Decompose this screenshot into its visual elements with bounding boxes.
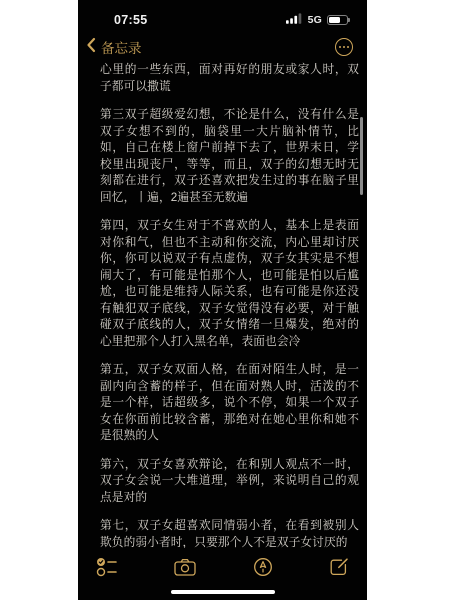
back-label: 备忘录 [101,37,142,57]
battery-icon [327,15,348,26]
checklist-button[interactable] [94,555,120,582]
chevron-left-icon [86,37,96,58]
camera-button[interactable] [172,556,198,581]
note-content[interactable]: 心里的一些东西，面对再好的朋友或家人时，双子都可以撒谎 第三双子超级爱幻想，不论… [78,60,367,548]
checklist-icon [96,557,118,580]
status-time: 07:55 [114,13,147,27]
bottom-toolbar [78,551,367,585]
markup-pen-icon [253,557,273,580]
ellipsis-icon [339,46,341,48]
note-paragraph: 第三双子超级爱幻想，不论是什么，没有什么是双子女想不到的，脑袋里一大片脑补情节，… [100,107,359,206]
scrollbar-thumb[interactable] [360,117,363,195]
note-paragraph: 第四，双子女生对于不喜欢的人，基本上是表面对你和气，但也不主动和你交流，内心里却… [100,218,359,350]
page-background: 07:55 5G [0,0,449,600]
compose-icon [329,557,349,580]
status-icons: 5G [286,11,348,29]
back-button[interactable]: 备忘录 [86,37,142,58]
note-paragraph: 心里的一些东西，面对再好的朋友或家人时，双子都可以撒谎 [100,62,359,95]
compose-button[interactable] [327,555,351,582]
markup-button[interactable] [251,555,275,582]
home-indicator[interactable] [171,590,275,595]
note-paragraph: 第五，双子女双面人格，在面对陌生人时，是一副内向含蓄的样子，但在面对熟人时，活泼… [100,362,359,445]
nav-bar: 备忘录 [78,36,367,58]
notes-app-screen: 07:55 5G [78,0,367,600]
status-bar: 07:55 5G [78,8,367,32]
signal-icon [286,11,303,29]
note-paragraph: 第七，双子女超喜欢同情弱小者，在看到被别人欺负的弱小者时，只要那个人不是双子女讨… [100,518,359,548]
ellipsis-icon-dot [343,46,345,48]
ellipsis-icon-dot [347,46,349,48]
battery-nub [348,18,350,22]
network-label: 5G [308,14,322,26]
camera-icon [174,558,196,579]
battery-fill [329,17,340,24]
more-button[interactable] [335,38,353,56]
note-paragraph: 第六，双子女喜欢辩论，在和别人观点不一时，双子女会说一大堆道理，举例，来说明自己… [100,457,359,507]
